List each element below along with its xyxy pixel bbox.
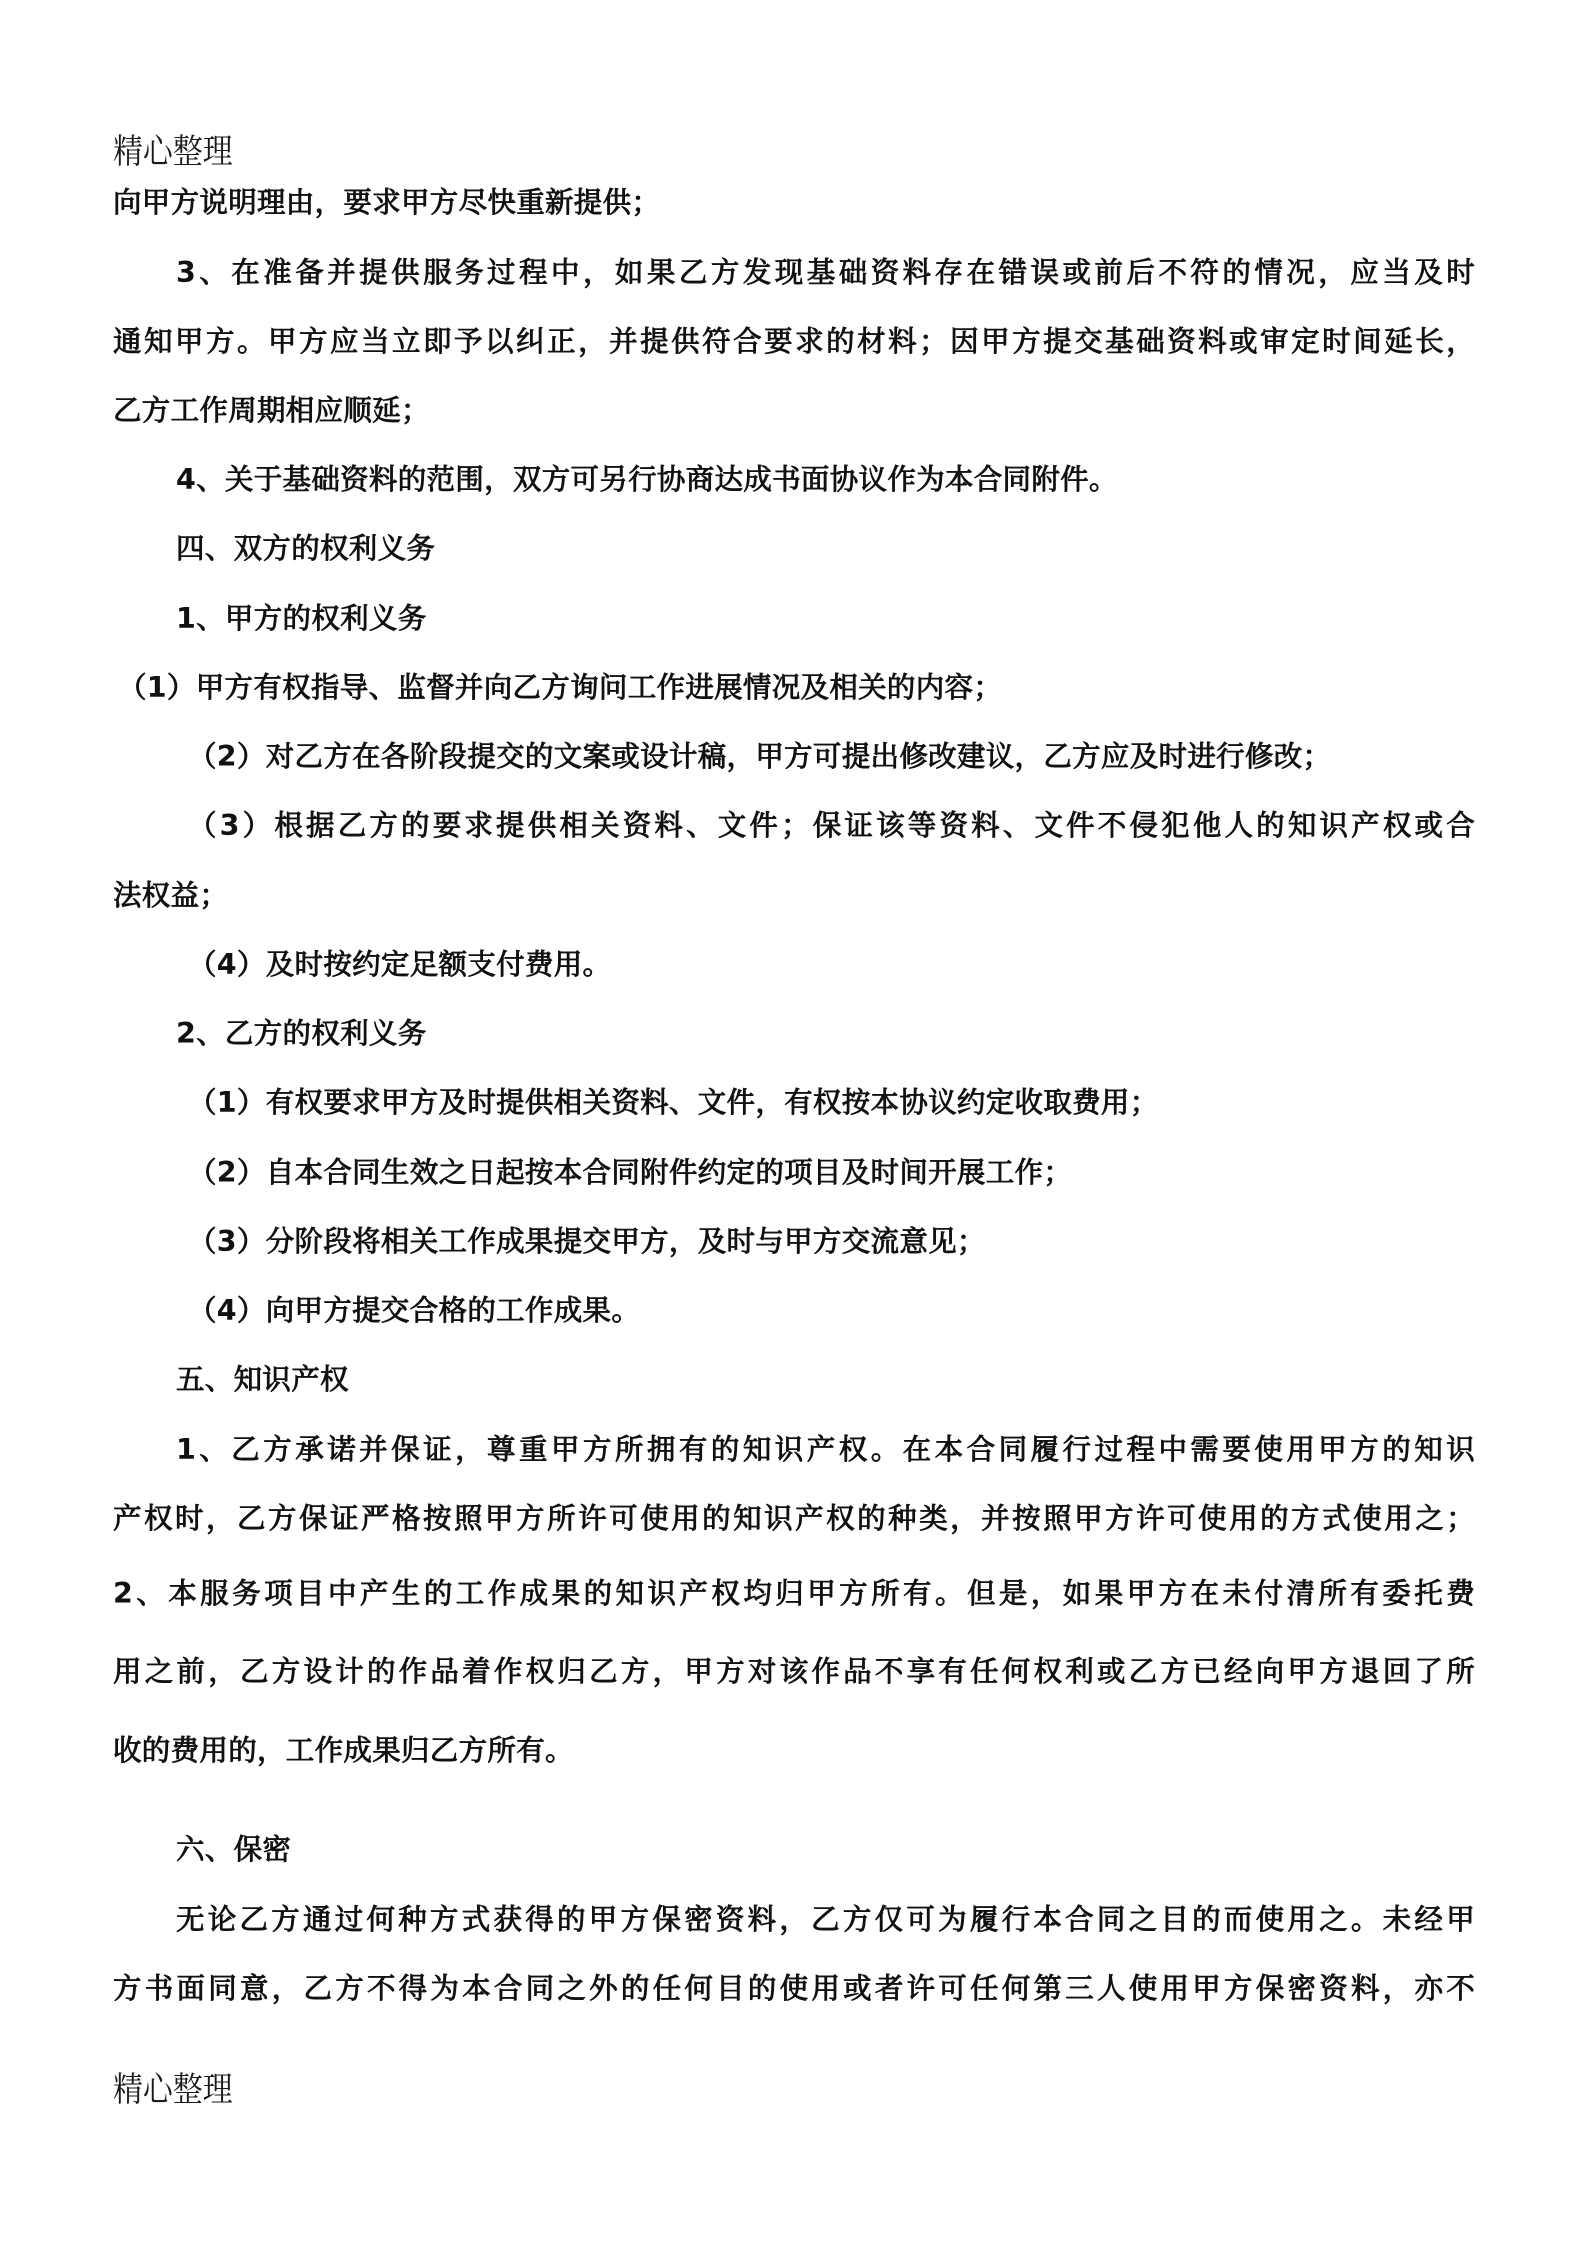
list-item: （1）有权要求甲方及时提供相关资料、文件，有权按本协议约定收取费用；: [188, 1083, 1475, 1123]
paragraph-line: 收的费用的，工作成果归乙方所有。: [113, 1731, 1475, 1771]
paragraph-line: 3、在准备并提供服务过程中，如果乙方发现基础资料存在错误或前后不符的情况，应当及…: [176, 253, 1475, 293]
header-watermark: 精心整理: [113, 124, 233, 173]
list-item: （2）自本合同生效之日起按本合同附件约定的项目及时间开展工作；: [188, 1153, 1475, 1193]
list-item: （1）甲方有权指导、监督并向乙方询问工作进展情况及相关的内容；: [118, 668, 1475, 708]
paragraph-line: 向甲方说明理由，要求甲方尽快重新提供；: [113, 183, 1475, 223]
paragraph-line: 通知甲方。甲方应当立即予以纠正，并提供符合要求的材料；因甲方提交基础资料或审定时…: [113, 322, 1475, 362]
list-item: （4）向甲方提交合格的工作成果。: [188, 1291, 1475, 1331]
paragraph-line: 1、乙方承诺并保证，尊重甲方所拥有的知识产权。在本合同履行过程中需要使用甲方的知…: [176, 1430, 1475, 1470]
section-heading: 四、双方的权利义务: [176, 529, 1475, 569]
section-heading: 五、知识产权: [176, 1360, 1475, 1400]
document-page: 精心整理 向甲方说明理由，要求甲方尽快重新提供； 3、在准备并提供服务过程中，如…: [0, 0, 1586, 2244]
paragraph-line: 乙方工作周期相应顺延；: [113, 391, 1475, 431]
list-item-continuation: 法权益；: [113, 876, 1475, 916]
subsection-heading: 2、乙方的权利义务: [176, 1014, 1475, 1054]
paragraph-line: 4、关于基础资料的范围，双方可另行协商达成书面协议作为本合同附件。: [176, 460, 1475, 500]
list-item: （3）分阶段将相关工作成果提交甲方，及时与甲方交流意见；: [188, 1222, 1475, 1262]
list-item: （2）对乙方在各阶段提交的文案或设计稿，甲方可提出修改建议，乙方应及时进行修改；: [188, 737, 1475, 777]
paragraph-line: 方书面同意，乙方不得为本合同之外的任何目的使用或者许可任何第三人使用甲方保密资料…: [113, 1969, 1475, 2009]
subsection-heading: 1、甲方的权利义务: [176, 599, 1475, 639]
list-item: （4）及时按约定足额支付费用。: [188, 945, 1475, 985]
list-item: （3）根据乙方的要求提供相关资料、文件；保证该等资料、文件不侵犯他人的知识产权或…: [188, 806, 1475, 846]
paragraph-line: 用之前，乙方设计的作品着作权归乙方，甲方对该作品不享有任何权利或乙方已经向甲方退…: [113, 1652, 1475, 1692]
paragraph-line: 产权时，乙方保证严格按照甲方所许可使用的知识产权的种类，并按照甲方许可使用的方式…: [113, 1499, 1475, 1539]
paragraph-line: 2、本服务项目中产生的工作成果的知识产权均归甲方所有。但是，如果甲方在未付清所有…: [113, 1574, 1475, 1614]
paragraph-line: 无论乙方通过何种方式获得的甲方保密资料，乙方仅可为履行本合同之目的而使用之。未经…: [176, 1900, 1475, 1940]
footer-watermark: 精心整理: [113, 2062, 233, 2111]
section-heading: 六、保密: [176, 1830, 1475, 1870]
